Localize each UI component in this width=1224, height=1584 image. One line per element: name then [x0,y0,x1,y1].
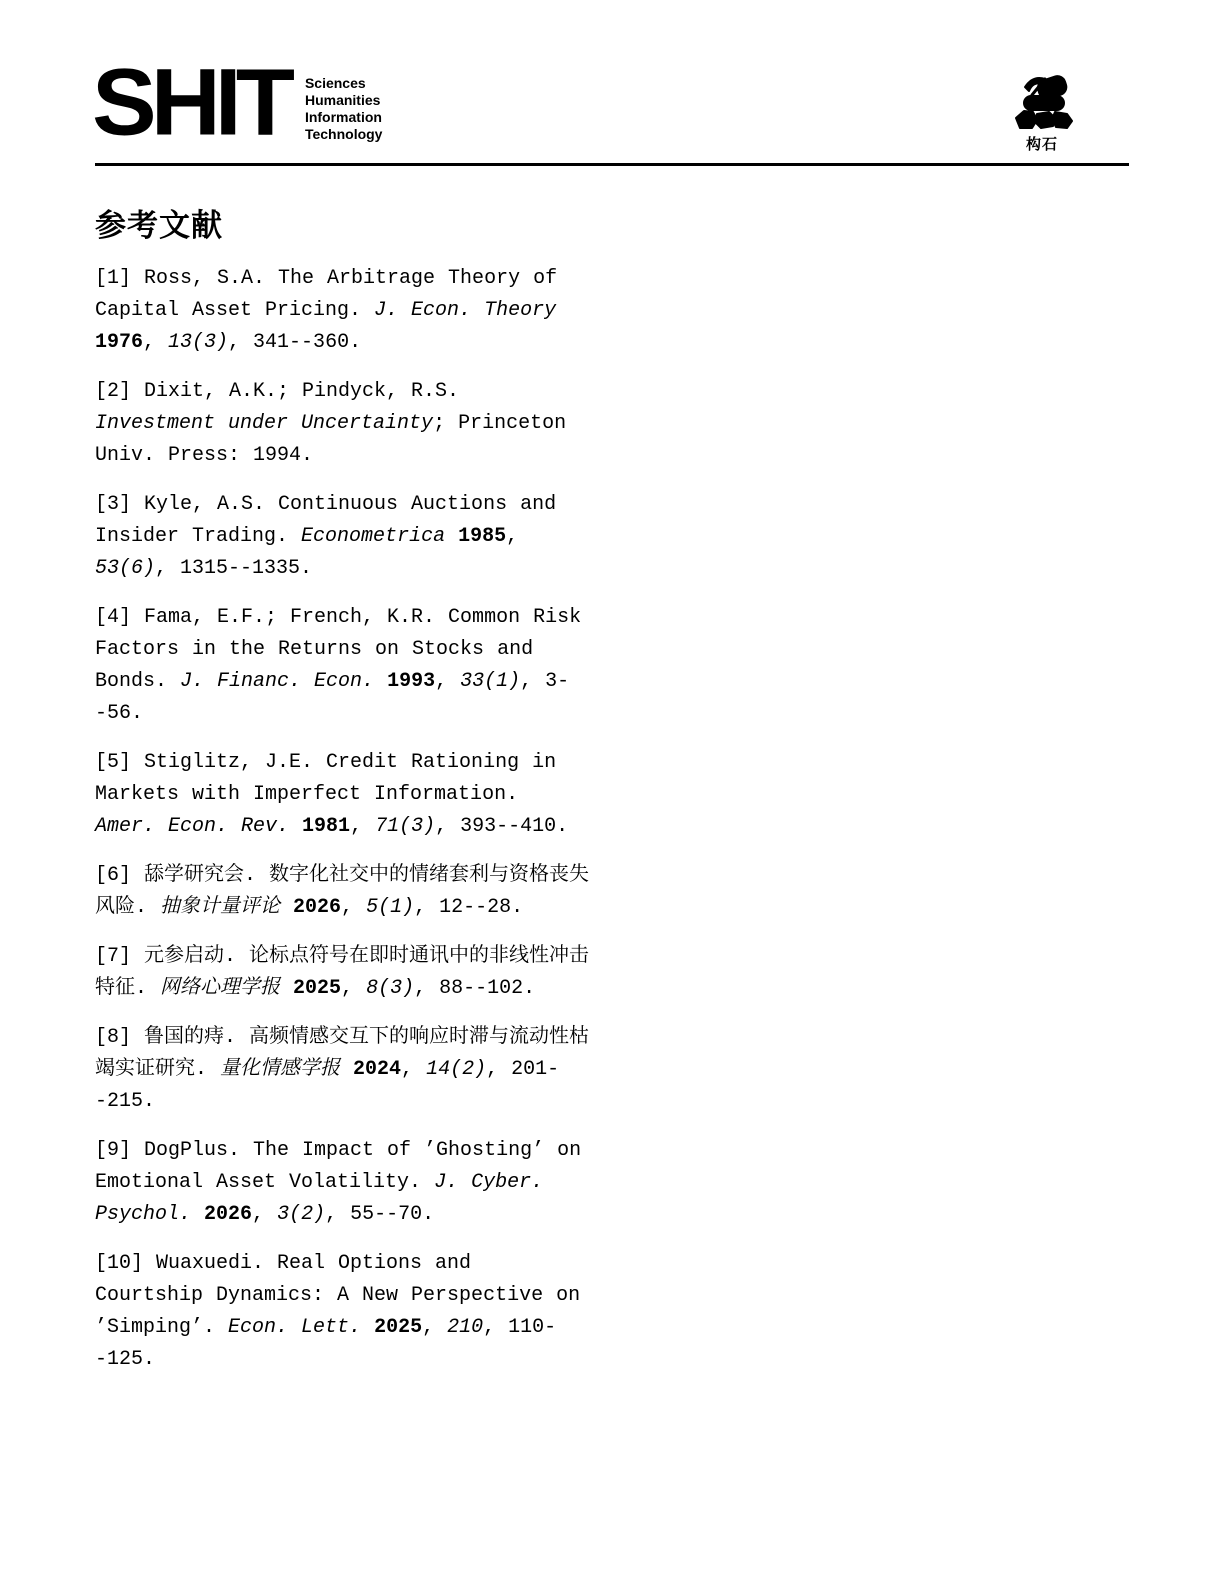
reference-text [361,1316,374,1339]
reference-text: , [401,1058,426,1081]
reference-journal: J. Econ. Theory [374,299,556,322]
publisher-stamp: 构石 [1000,70,1084,154]
reference-item: [3] Kyle, A.S. Continuous Auctions and I… [95,489,591,585]
reference-text: , 393--410. [435,815,568,838]
reference-text: , [143,331,168,354]
reference-text: , [435,670,460,693]
logo-subtitle-line: Information [305,109,383,126]
logo-subtitle-line: Sciences [305,75,383,92]
reference-text [374,670,387,693]
reference-journal: Econometrica [301,525,445,548]
reference-text [280,896,293,919]
reference-item: [10] Wuaxuedi. Real Options and Courtshi… [95,1248,591,1376]
reference-text: , [341,977,366,1000]
reference-text: , [506,525,518,548]
reference-text: [2] Dixit, A.K.; Pindyck, R.S. [95,380,459,403]
reference-journal: J. Financ. Econ. [180,670,374,693]
reference-journal: 71(3) [375,815,435,838]
reference-item: [2] Dixit, A.K.; Pindyck, R.S. Investmen… [95,376,591,472]
reference-year: 2025 [374,1316,422,1339]
reference-journal: 210 [447,1316,483,1339]
reference-item: [9] DogPlus. The Impact of ’Ghosting’ on… [95,1135,591,1231]
logo-subtitle-line: Humanities [305,92,383,109]
reference-text [445,525,458,548]
reference-item: [7] 元参启动. 论标点符号在即时通讯中的非线性冲击特征. 网络心理学报 20… [95,941,591,1005]
reference-journal: Investment under Uncertainty [95,412,433,435]
reference-journal: 3(2) [277,1203,325,1226]
reference-text: , 1315--1335. [155,557,312,580]
logo-subtitle-line: Technology [305,126,383,143]
reference-year: 1985 [458,525,506,548]
reference-text: , 55--70. [325,1203,434,1226]
reference-text [280,977,293,1000]
document-page: SHIT Sciences Humanities Information Tec… [0,0,1224,1584]
reference-text: , [422,1316,447,1339]
reference-year: 1976 [95,331,143,354]
reference-item: [5] Stiglitz, J.E. Credit Rationing in M… [95,747,591,843]
reference-journal: 网络心理学报 [160,977,280,1000]
reference-text: , [252,1203,277,1226]
journal-logo: SHIT Sciences Humanities Information Tec… [92,62,382,143]
reference-text: [5] Stiglitz, J.E. Credit Rationing in M… [95,751,556,806]
reference-text [289,815,302,838]
reference-journal: 14(2) [426,1058,486,1081]
header-divider [95,163,1129,166]
reference-journal: 5(1) [366,896,414,919]
journal-logo-subtitle: Sciences Humanities Information Technolo… [305,75,383,143]
publisher-stamp-label: 构石 [1000,133,1084,154]
reference-year: 2025 [293,977,341,1000]
reference-item: [8] 鲁国的痔. 高频情感交互下的响应时滞与流动性枯竭实证研究. 量化情感学报… [95,1022,591,1118]
reference-journal: 33(1) [460,670,520,693]
reference-journal: Econ. Lett. [228,1316,361,1339]
reference-journal: 抽象计量评论 [160,896,280,919]
reference-item: [6] 舔学研究会. 数字化社交中的情绪套利与资格丧失风险. 抽象计量评论 20… [95,860,591,924]
reference-list: [1] Ross, S.A. The Arbitrage Theory of C… [95,263,591,1376]
reference-text: , [341,896,366,919]
references-section: 参考文献 [1] Ross, S.A. The Arbitrage Theory… [95,200,591,1393]
reference-text: , 88--102. [414,977,535,1000]
reference-journal: Amer. Econ. Rev. [95,815,289,838]
reference-year: 1993 [387,670,435,693]
reference-year: 2026 [293,896,341,919]
reference-text: , 341--360. [228,331,361,354]
reference-text [191,1203,204,1226]
reference-journal: 13(3) [168,331,228,354]
reference-journal: 8(3) [366,977,414,1000]
section-title: 参考文献 [95,200,591,245]
reference-journal: 量化情感学报 [220,1058,340,1081]
reference-year: 1981 [302,815,350,838]
journal-logo-text: SHIT [92,63,289,141]
reference-text: , [350,815,375,838]
reference-text: , 12--28. [414,896,523,919]
reference-item: [1] Ross, S.A. The Arbitrage Theory of C… [95,263,591,359]
reference-year: 2024 [353,1058,401,1081]
reference-text [340,1058,353,1081]
reference-journal: 53(6) [95,557,155,580]
reference-year: 2026 [204,1203,252,1226]
reference-item: [4] Fama, E.F.; French, K.R. Common Risk… [95,602,591,730]
rock-pile-icon [1007,70,1077,132]
